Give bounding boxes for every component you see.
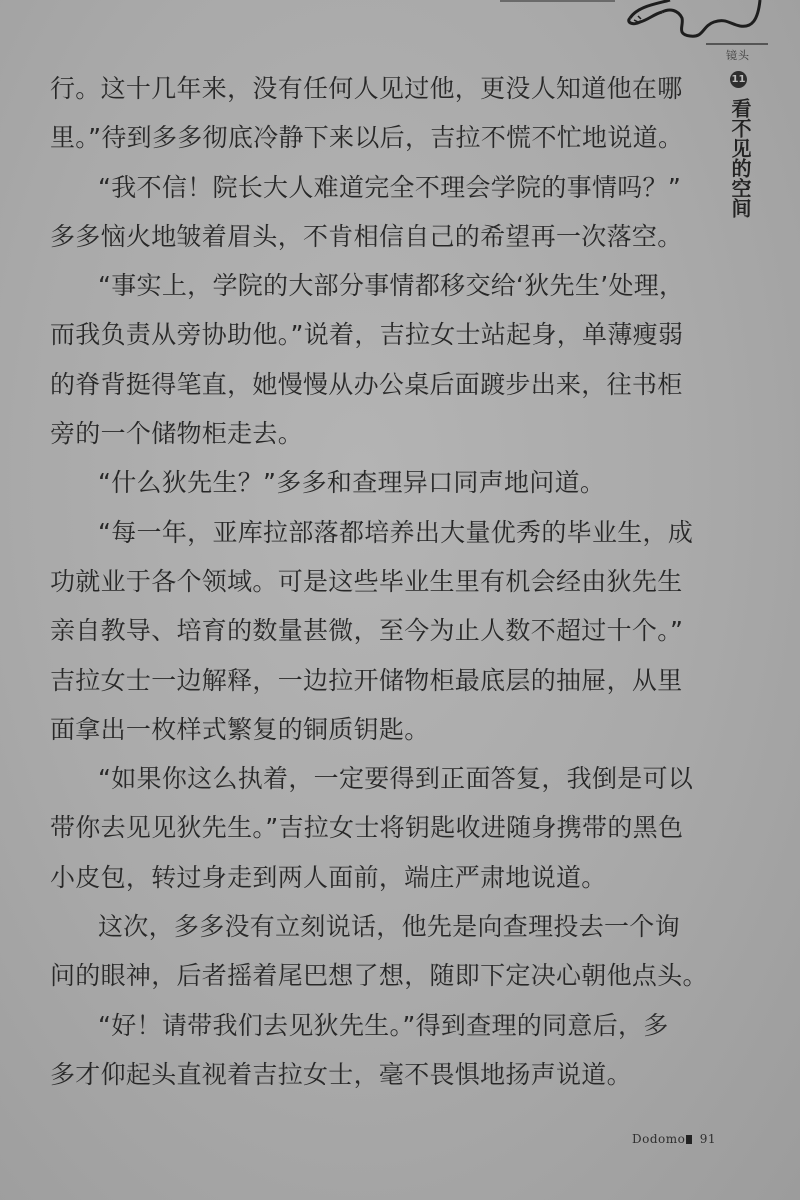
text-line: 问的眼神，后者摇着尾巴想了想，随即下定决心朝他点头。 [50,951,710,1000]
text-line: “什么狄先生？”多多和查理异口同声地问道。 [50,458,710,507]
text-line: “如果你这么执着，一定要得到正面答复，我倒是可以 [50,754,710,803]
text-line: 带你去见见狄先生。”吉拉女士将钥匙收进随身携带的黑色 [50,803,710,852]
text-line: 功就业于各个领域。可是这些毕业生里有机会经由狄先生 [50,557,710,606]
running-head-rule [706,43,768,45]
running-head: 镜头 [722,47,754,63]
text-line: 吉拉女士一边解释，一边拉开储物柜最底层的抽屉，从里 [50,656,710,705]
text-line: 小皮包，转过身走到两人面前，端庄严肃地说道。 [50,853,710,902]
text-line: 多多恼火地皱着眉头，不肯相信自己的希望再一次落空。 [50,212,710,261]
book-mark: Dodomo [632,1132,685,1146]
body-text: 行。这十几年来，没有任何人见过他，更没人知道他在哪 里。”待到多多彻底冷静下来以… [50,64,710,1099]
text-line: 的脊背挺得笔直，她慢慢从办公桌后面踱步出来，往书柜 [50,360,710,409]
text-line: 这次，多多没有立刻说话，他先是向查理投去一个询 [50,902,710,951]
text-line: “好！请带我们去见狄先生。”得到查理的同意后，多 [50,1001,710,1050]
text-line: 里。”待到多多彻底冷静下来以后，吉拉不慌不忙地说道。 [50,113,710,162]
cartoon-illustration-icon [618,0,768,40]
text-line: “每一年，亚库拉部落都培养出大量优秀的毕业生，成 [50,508,710,557]
header-rule [500,0,615,2]
text-block: 行。这十几年来，没有任何人见过他，更没人知道他在哪 里。”待到多多彻底冷静下来以… [50,64,710,1099]
text-line: 旁的一个储物柜走去。 [50,409,710,458]
text-line: 多才仰起头直视着吉拉女士，毫不畏惧地扬声说道。 [50,1050,710,1099]
text-line: “我不信！院长大人难道完全不理会学院的事情吗？” [50,163,710,212]
chapter-number-badge: 11 [730,71,747,88]
text-line: 亲自教导、培育的数量甚微，至今为止人数不超过十个。” [50,606,710,655]
book-page: 镜头 11 看不见的空间 行。这十几年来，没有任何人见过他，更没人知道他在哪 里… [0,0,800,1200]
page-number: 91 [700,1132,716,1146]
chapter-title: 看不见的空间 [727,98,751,218]
page-footer: Dodomo 91 [632,1132,716,1146]
text-line: 面拿出一枚样式繁复的铜质钥匙。 [50,705,710,754]
text-line: 行。这十几年来，没有任何人见过他，更没人知道他在哪 [50,64,710,113]
footer-block-icon [686,1135,692,1144]
text-line: 而我负责从旁协助他。”说着，吉拉女士站起身，单薄瘦弱 [50,310,710,359]
text-line: “事实上，学院的大部分事情都移交给‘狄先生’处理， [50,261,710,310]
